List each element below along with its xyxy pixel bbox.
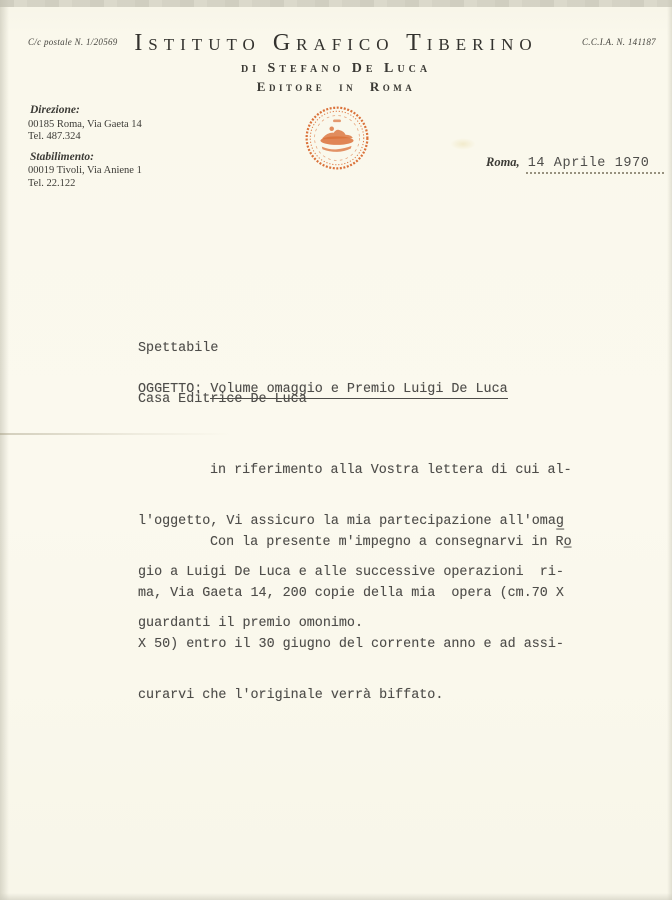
subject-label: OGGETTO: (138, 382, 210, 397)
stabilimento-address: 00019 Tivoli, Via Aniene 1 (28, 165, 142, 178)
company-title: Istituto Grafico Tiberino (0, 30, 672, 57)
subject-text: Volume omaggio e Premio Luigi De Luca (210, 382, 507, 399)
body-line: in riferimento alla Vostra lettera di cu… (138, 462, 572, 479)
scanned-letter-page: C/c postale N. 1/20569 C.C.I.A. N. 14118… (0, 0, 672, 900)
company-role-subtitle: Editore in Roma (0, 79, 672, 95)
scan-edge-top (0, 0, 672, 7)
direzione-label: Direzione: (30, 104, 142, 117)
body-line: X 50) entro il 30 giugno del corrente an… (138, 636, 572, 653)
body-line: ma, Via Gaeta 14, 200 copie della mia op… (138, 585, 572, 602)
subject-line: OGGETTO: Volume omaggio e Premio Luigi D… (138, 381, 508, 398)
paper-smudge (450, 138, 476, 150)
body-paragraph-2: Con la presente m'impegno a consegnarvi … (138, 500, 572, 738)
direzione-address: 00185 Roma, Via Gaeta 14 (28, 119, 142, 132)
body-line: curarvi che l'originale verrà biffato. (138, 687, 572, 704)
letterhead-address-block: Direzione: 00185 Roma, Via Gaeta 14 Tel.… (28, 104, 142, 190)
company-owner-subtitle: di Stefano De Luca (0, 61, 672, 77)
stabilimento-phone: Tel. 22.122 (28, 178, 142, 191)
company-seal-stamp-icon (304, 105, 370, 171)
stabilimento-label: Stabilimento: (30, 151, 142, 164)
dateline-place: Roma, (486, 155, 520, 169)
recipient-salutation: Spettabile (138, 340, 307, 357)
typed-date: 14 Aprile 1970 (526, 156, 664, 174)
recipient-block: Spettabile Casa Editrice De Luca (138, 306, 307, 442)
scan-edge-left (0, 0, 9, 900)
scan-edge-bottom (0, 893, 672, 900)
direzione-phone: Tel. 487.324 (28, 131, 142, 144)
body-line: Con la presente m'impegno a consegnarvi … (138, 534, 572, 551)
scan-edge-right (667, 0, 672, 900)
dateline: Roma,14 Aprile 1970 (486, 153, 664, 174)
